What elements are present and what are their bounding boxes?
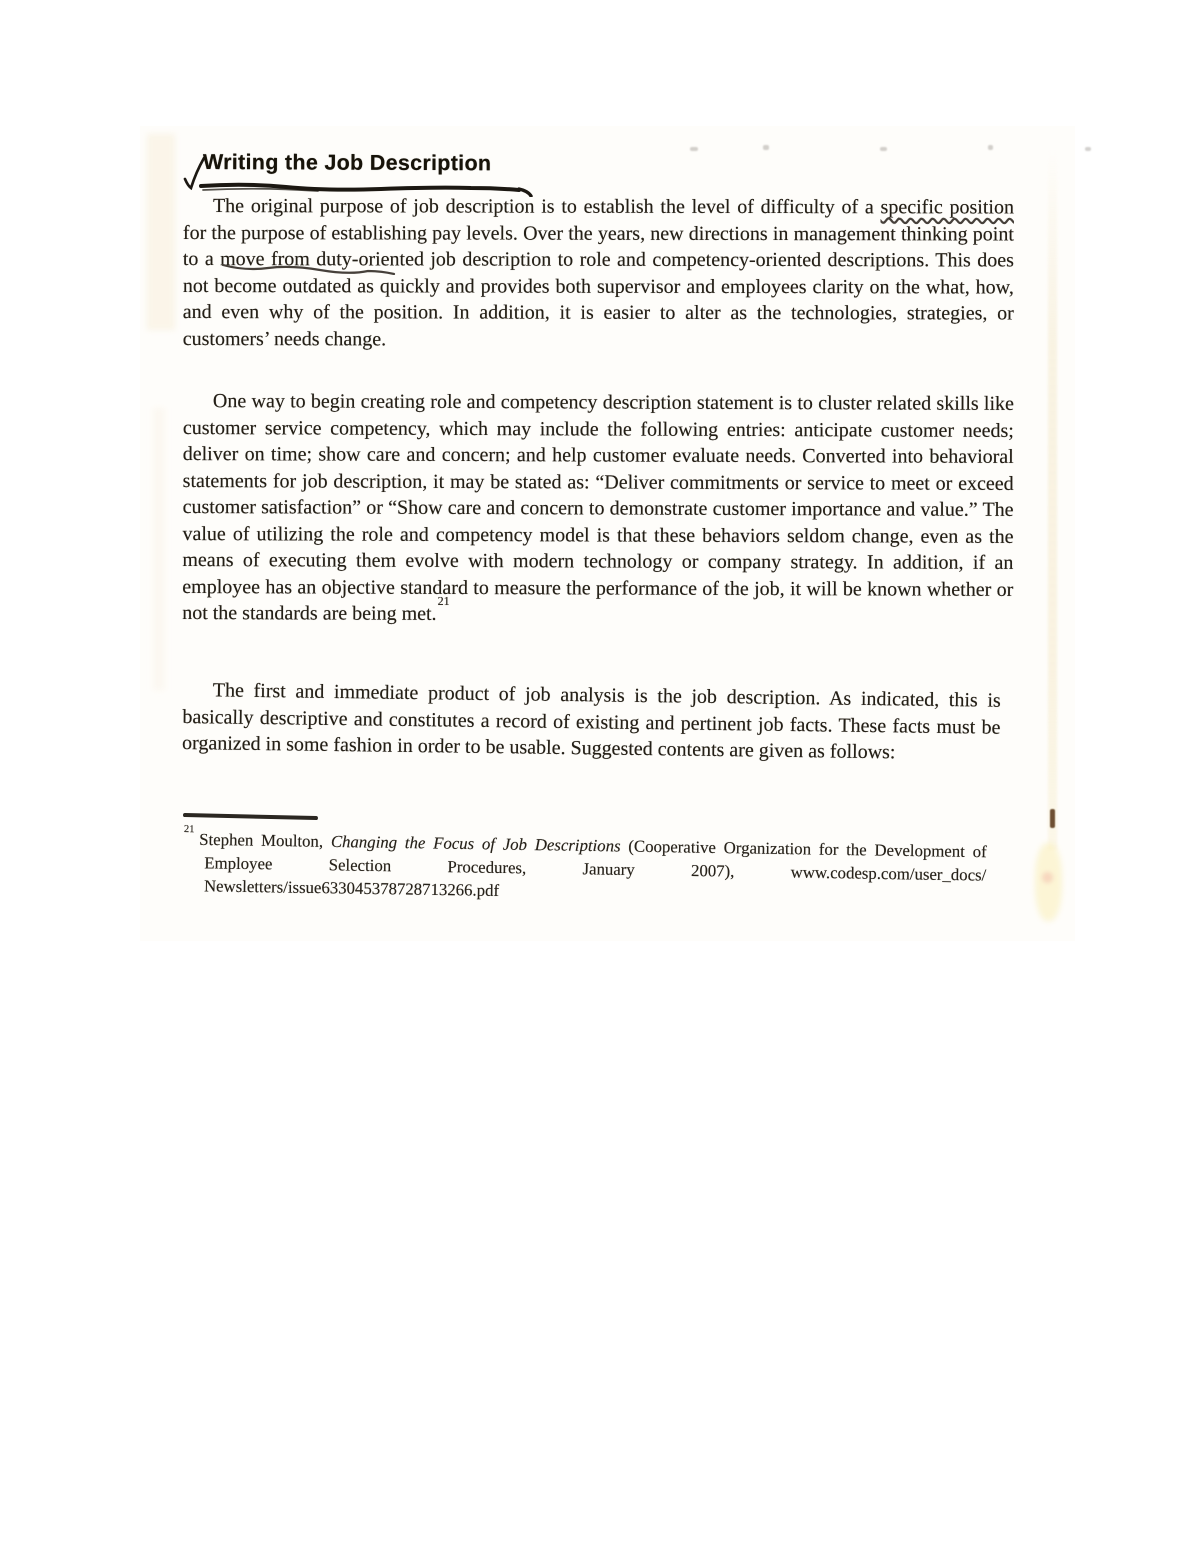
footnote-divider — [183, 813, 318, 820]
scan-speck — [1085, 147, 1091, 151]
scan-artifact-right-streak — [1048, 150, 1057, 850]
scan-speck — [763, 145, 769, 150]
footnote-reference: 21 — [438, 594, 450, 608]
scan-artifact-left-streak — [147, 134, 175, 330]
scan-speck — [880, 147, 887, 151]
scan-artifact-smudge — [1035, 843, 1062, 921]
page-title: Writing the Job Description — [203, 150, 492, 176]
paragraph-1-text-before: The original purpose of job description … — [213, 195, 881, 218]
footnote-author: Stephen Moulton, — [199, 830, 331, 851]
pen-underlined-phrase: specific position — [881, 196, 1014, 218]
scan-artifact-dark-dash — [1050, 809, 1055, 828]
footnote-marker: 21 — [184, 824, 195, 835]
paragraph-1-text-after: for the purpose of establishing pay leve… — [183, 221, 1014, 349]
footnote: 21Stephen Moulton, Changing the Focus of… — [183, 824, 987, 909]
scan-speck — [690, 147, 698, 151]
footnote-title: Changing the Focus of Job Descriptions — [331, 832, 621, 856]
paragraph-2-text: One way to begin creating role and compe… — [182, 390, 1014, 625]
footnote-url-tail: Newsletters/issue633045378728713266.pdf — [204, 876, 499, 900]
paragraph-3: The first and immediate product of job a… — [182, 677, 1001, 767]
scan-speck — [988, 145, 993, 150]
paragraph-3-text: The first and immediate product of job a… — [182, 679, 1001, 763]
scan-artifact-left-streak-2 — [153, 408, 165, 690]
scan-artifact-pink-speck — [1042, 872, 1053, 883]
pen-scribble-annotation — [221, 261, 396, 280]
paragraph-2: One way to begin creating role and compe… — [182, 388, 1014, 629]
